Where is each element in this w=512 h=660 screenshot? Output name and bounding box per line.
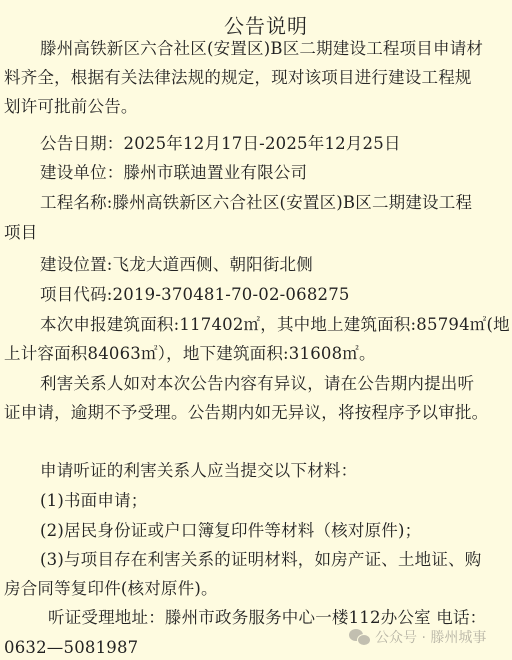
announcement-date: 公告日期：2025年12月17日-2025年12月25日 [40,133,401,155]
page-title: 公告说明 [0,10,512,39]
intro-line-2: 料齐全，根据有关法律法规的规定，现对该项目进行建设工程规 [4,67,472,89]
material-item-3-line-2: 房合同等复印件(核对原件)。 [4,578,218,600]
construction-unit: 建设单位：滕州市联迪置业有限公司 [40,162,307,184]
material-item-2: (2)居民身份证或户口簿复印件等材料（核对原件)； [40,520,421,542]
project-name-line-2: 项目 [4,222,37,244]
project-name-line-1: 工程名称:滕州高铁新区六合社区(安置区)B区二期建设工程 [40,192,472,214]
intro-line-3: 划许可批前公告。 [4,96,138,118]
building-area-line-1: 本次申报建筑面积:117402㎡，其中地上建筑面积:85794㎡(地 [40,314,510,336]
watermark: 公众号 · 滕州城事 [349,627,486,647]
materials-heading: 申请听证的利害关系人应当提交以下材料： [40,460,357,482]
objection-line-2: 证申请，逾期不予受理。公告期内如无异议，将按程序予以审批。 [4,402,488,424]
intro-line-1: 滕州高铁新区六合社区(安置区)B区二期建设工程项目申请材 [40,38,483,60]
hearing-address: 听证受理地址：滕州市政务服务中心一楼112办公室 电话： [48,607,486,629]
material-item-1: (1)书面申请； [40,490,147,512]
objection-line-1: 利害关系人如对本次公告内容有异议，请在公告期内提出听 [40,373,474,395]
project-code: 项目代码:2019-370481-70-02-068275 [40,284,350,306]
material-item-3-line-1: (3)与项目存在利害关系的证明材料，如房产证、土地证、购 [40,549,481,571]
wechat-icon [349,629,371,645]
building-area-line-2: 上计容面积84063㎡），地下建筑面积:31608㎡。 [4,343,376,365]
watermark-text: 公众号 · 滕州城事 [375,627,486,647]
construction-location: 建设位置:飞龙大道西侧、朝阳街北侧 [40,254,313,276]
contact-phone: 0632—5081987 [4,637,138,659]
